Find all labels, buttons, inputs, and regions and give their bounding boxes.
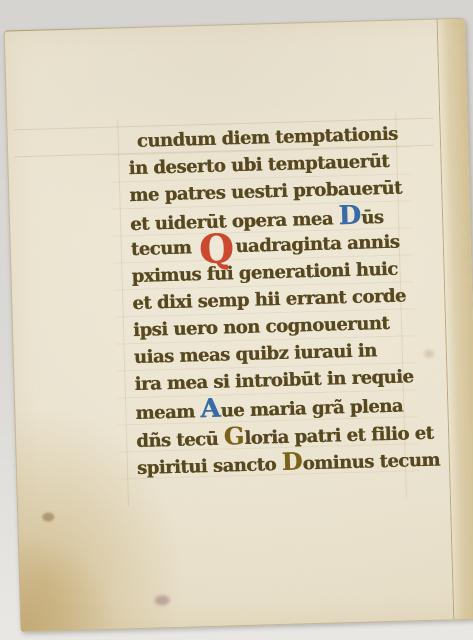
- text-run: tecum: [131, 237, 198, 260]
- versal-capital: G: [223, 421, 244, 451]
- text-block: cundum diem temptationis in deserto ubi …: [127, 120, 427, 479]
- text-run: meam: [135, 401, 201, 424]
- stain: [155, 595, 170, 605]
- text-run: dñs tecū: [136, 429, 224, 452]
- text-run: cundum diem temptationis: [137, 124, 398, 152]
- stain: [424, 350, 434, 358]
- text-run: spiritui sancto: [137, 454, 282, 479]
- text-run: ūs: [361, 207, 384, 229]
- text-run: uias meas quibz iuraui in: [134, 340, 377, 368]
- text-run: ipsi uero non cognouerunt: [133, 313, 390, 341]
- text-run: in deserto ubi temptauerūt: [128, 151, 389, 179]
- manuscript-leaf: cundum diem temptationis in deserto ubi …: [4, 18, 473, 633]
- versal-capital: D: [281, 446, 303, 476]
- illuminated-initial-blue: A: [200, 394, 221, 425]
- binding-gutter-edge: [437, 19, 473, 620]
- photo-backdrop: cundum diem temptationis in deserto ubi …: [0, 0, 473, 640]
- illuminated-initial-red: Q: [198, 225, 234, 273]
- text-run: uadraginta annis: [235, 232, 400, 258]
- text-run: ominus tecum: [302, 450, 440, 475]
- illuminated-initial-blue: D: [338, 201, 361, 232]
- stain: [42, 512, 54, 521]
